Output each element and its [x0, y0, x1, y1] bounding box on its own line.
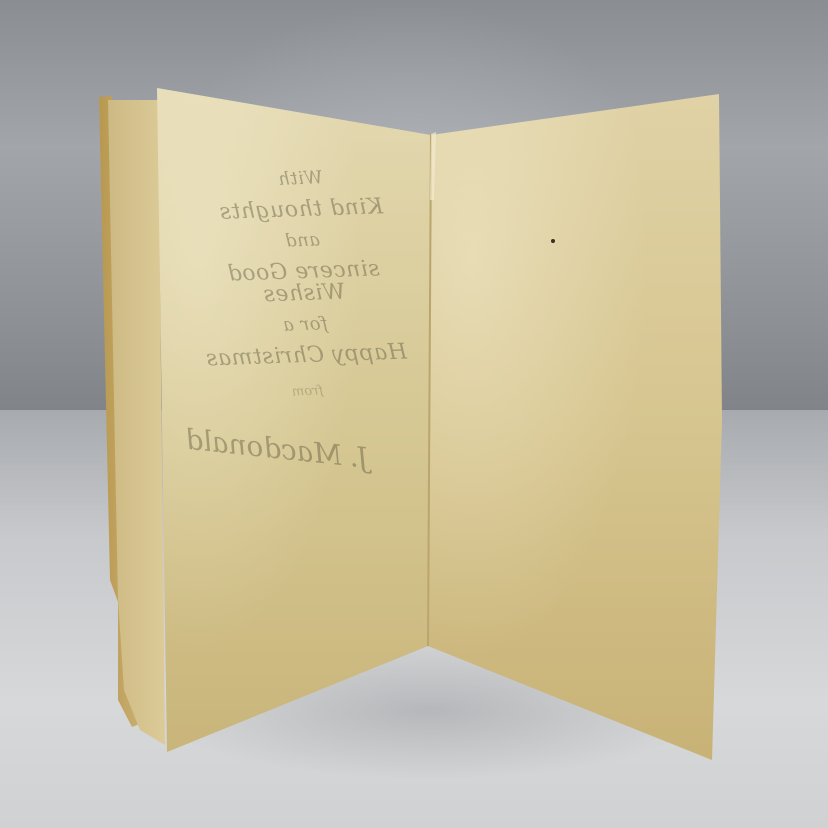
- inscription-line: Kind thoughts: [186, 195, 417, 225]
- inscription-line: and: [187, 228, 417, 254]
- inscription-from: from: [192, 381, 422, 402]
- inscription-line: for a: [190, 312, 420, 338]
- handwritten-inscription: With Kind thoughts and sincere Good Wish…: [185, 166, 425, 470]
- right-page: [428, 94, 722, 760]
- inscription-line: Happy Christmas: [191, 341, 422, 371]
- inner-leaf: [108, 100, 165, 745]
- ink-speck: [551, 239, 555, 243]
- inscription-line: sincere Good Wishes: [188, 257, 419, 309]
